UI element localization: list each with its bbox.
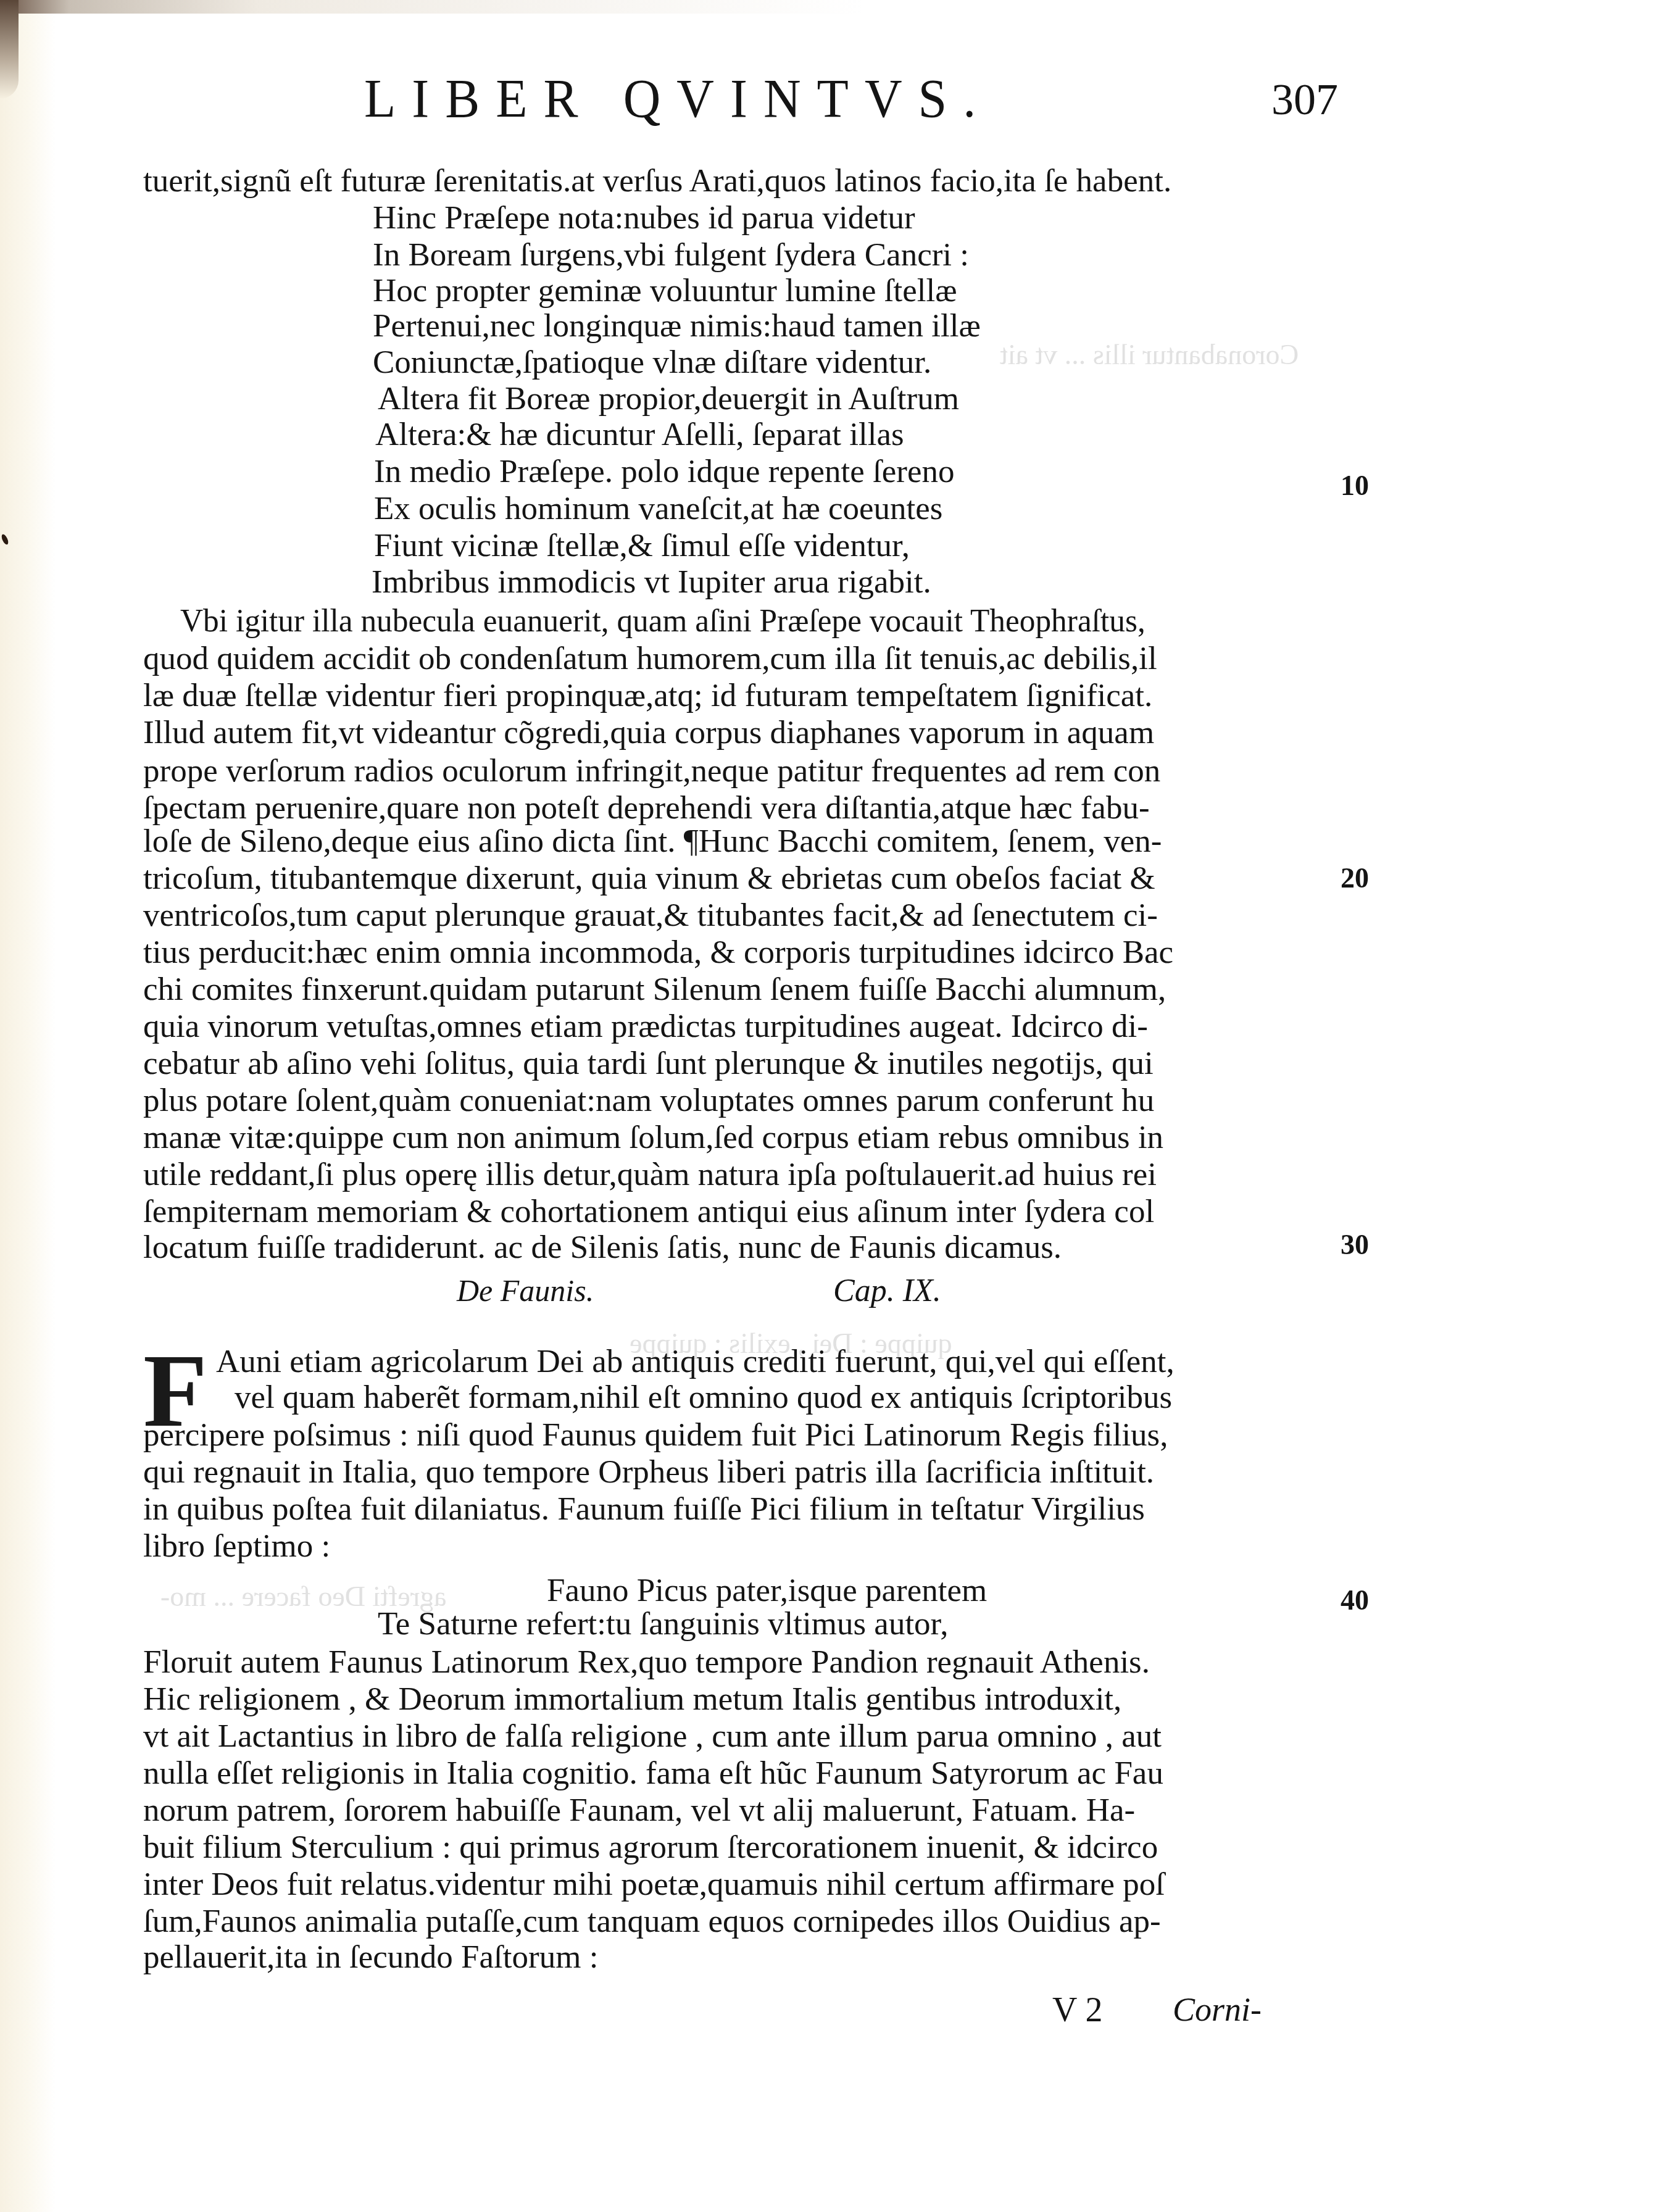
text-line: tricoſum, titubantemque dixerunt, quia v… xyxy=(143,859,1155,897)
text-line: quia vinorum vetuſtas,omnes etiam prædic… xyxy=(143,1007,1148,1046)
text-line: nulla eſſet religionis in Italia cogniti… xyxy=(143,1754,1163,1792)
text-line: pellauerit,ita in ſecundo Faſtorum : xyxy=(143,1938,598,1976)
text-line: inter Deos fuit relatus.videntur mihi po… xyxy=(143,1865,1165,1903)
text-line: norum patrem, ſororem habuiſſe Faunam, v… xyxy=(143,1791,1135,1829)
text-line: in quibus poſtea fuit dilaniatus. Faunum… xyxy=(143,1490,1145,1528)
text-line: ſpectam peruenire,quare non poteſt depre… xyxy=(143,789,1150,827)
text-line: vel quam haberẽt formam,nihil eſt omnino… xyxy=(235,1378,1339,1416)
verse-line: Ex oculis hominum vaneſcit,at hæ coeunte… xyxy=(374,489,942,528)
margin-line-number: 40 xyxy=(1341,1584,1369,1616)
text-line: tuerit,signũ eſt futuræ ſerenitatis.at v… xyxy=(143,162,1171,200)
verse-line: Altera:& hæ dicuntur Aſelli, ſeparat ill… xyxy=(375,415,904,454)
chapter-number: Cap. IX. xyxy=(833,1273,941,1309)
text-line: qui regnauit in Italia, quo tempore Orph… xyxy=(143,1453,1154,1491)
verse-line: Coniunctæ,ſpatioque vlnæ diſtare videntu… xyxy=(373,343,931,381)
text-line: locatum fuiſſe tradiderunt. ac de Sileni… xyxy=(143,1228,1062,1266)
text-line: tius perducit:hæc enim omnia incommoda, … xyxy=(143,933,1173,971)
page-number: 307 xyxy=(1271,74,1338,125)
page-edge-shadow xyxy=(0,0,56,2212)
text-line: læ duæ ſtellæ videntur fieri propinquæ,a… xyxy=(143,676,1152,715)
page-footer: V 2 Corni- xyxy=(0,1990,1659,2040)
text-line: buit filium Sterculium : qui primus agro… xyxy=(143,1828,1158,1866)
text-line: prope verſorum radios oculorum infringit… xyxy=(143,752,1160,790)
chapter-title: De Faunis. xyxy=(457,1273,594,1308)
text-line: Hic religionem , & Deorum immortalium me… xyxy=(143,1680,1121,1718)
text-line: Illud autem fit,vt videantur cõgredi,qui… xyxy=(143,713,1154,752)
text-line: loſe de Sileno,deque eius aſino dicta ſi… xyxy=(143,822,1162,860)
verse-line: Altera fit Boreæ propior,deuergit in Auſ… xyxy=(378,380,959,418)
text-line: vt ait Lactantius in libro de falſa reli… xyxy=(143,1717,1162,1755)
text-line: Auni etiam agricolarum Dei ab antiquis c… xyxy=(216,1342,1339,1381)
text-line: manæ vitæ:quippe cum non animum ſolum,ſe… xyxy=(143,1118,1163,1157)
text-line: chi comites finxerunt.quidam putarunt Si… xyxy=(143,970,1166,1008)
verse-line: Hoc propter geminæ voluuntur lumine ſtel… xyxy=(373,272,957,310)
verse-line: In Boream ſurgens,vbi fulgent ſydera Can… xyxy=(373,236,969,274)
text-line: plus potare ſolent,quàm conueniat:nam vo… xyxy=(143,1081,1154,1120)
margin-line-number: 10 xyxy=(1341,469,1369,502)
signature-mark: V 2 xyxy=(1052,1990,1102,2030)
running-title: LIBER QVINTVS. xyxy=(364,68,992,131)
text-line: utile reddant,ſi plus operę illis detur,… xyxy=(143,1155,1157,1194)
verse-line: Te Saturne refert:tu ſanguinis vltimus a… xyxy=(378,1605,948,1643)
text-line: ventricoſos,tum caput plerunque grauat,&… xyxy=(143,896,1158,934)
bleed-through-text: Coronabantur illis ... vt ait xyxy=(1000,338,1299,371)
verse-line: Fauno Picus pater,isque parentem xyxy=(547,1571,987,1610)
verse-line: Pertenui,nec longinquæ nimis:haud tamen … xyxy=(373,307,981,345)
text-line: quod quidem accidit ob condenſatum humor… xyxy=(143,639,1157,678)
running-header: LIBER QVINTVS. 307 xyxy=(364,69,1413,143)
page-corner-shadow xyxy=(0,0,19,99)
verse-line: Imbribus immodicis vt Iupiter arua rigab… xyxy=(372,563,931,601)
text-line: percipere poſsimus : niſi quod Faunus qu… xyxy=(143,1416,1168,1454)
text-line: libro ſeptimo : xyxy=(143,1527,330,1565)
text-line: ſum,Faunos animalia putaſſe,cum tanquam … xyxy=(143,1902,1161,1940)
catchword: Corni- xyxy=(1173,1990,1262,2029)
text-line: cebatur ab aſino vehi ſolitus, quia tard… xyxy=(143,1044,1154,1083)
text-line: ſempiternam memoriam & cohortationem ant… xyxy=(143,1192,1154,1231)
verse-line: Hinc Præſepe nota:nubes id parua videtur xyxy=(373,199,915,237)
text-line: Vbi igitur illa nubecula euanuerit, quam… xyxy=(180,602,1145,640)
margin-line-number: 20 xyxy=(1341,862,1369,894)
verse-line: Fiunt vicinæ ſtellæ,& ſimul eſſe videntu… xyxy=(374,526,910,565)
margin-line-number: 30 xyxy=(1341,1228,1369,1261)
chapter-heading: De Faunis. Cap. IX. xyxy=(457,1273,1074,1316)
verse-line: In medio Præſepe. polo idque repente ſer… xyxy=(374,452,954,491)
page-top-edge xyxy=(0,0,864,14)
text-line: Floruit autem Faunus Latinorum Rex,quo t… xyxy=(143,1643,1150,1681)
